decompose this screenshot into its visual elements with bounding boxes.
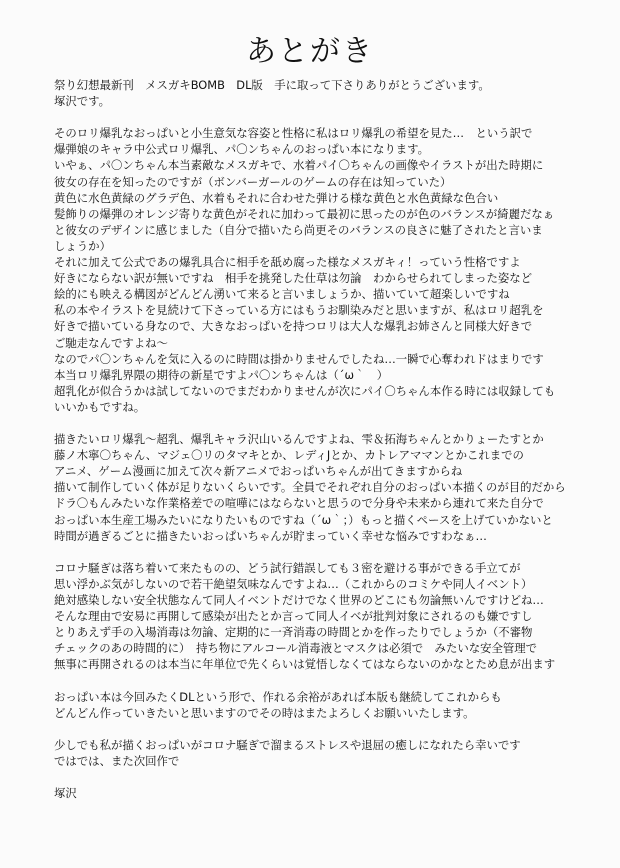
paragraph-gap: [54, 721, 614, 737]
text-line: ご馳走なんですよね～: [54, 335, 614, 351]
text-line: 髪飾りの爆弾のオレンジ寄りな黄色がそれに加わって最初に思ったのが色のバランスが綺…: [54, 206, 614, 222]
paragraph: おっぱい本は今回みたくDLという形で、作れる余裕があれば本版も継続してこれからも…: [54, 689, 614, 721]
text-line: 描いて制作していく体が足りないくらいです。全員でそれぞれ自分のおっぱい本描くのが…: [54, 479, 614, 495]
afterword-body: 祭り幻想最新刊 メスガキBOMB DL版 手に取って下さりありがとうございます。…: [54, 77, 614, 801]
text-line: なのでパ〇ンちゃんを気に入るのに時間は掛かりませんでしたね…一瞬で心奪われドはま…: [54, 351, 614, 367]
text-line: 好きで描いている身なので、大きなおっぱいを持つロリは大人な爆乳お姉さんと同様大好…: [54, 318, 614, 334]
text-line: 好きにならない訳が無いですね 相手を挑発した仕草は勿論 わからせられてしまった姿…: [54, 270, 614, 286]
text-line: 爆弾娘のキャラ中公式ロリ爆乳、パ〇ンちゃんのおっぱい本になります。: [54, 141, 614, 157]
text-line: 塚沢: [54, 785, 614, 801]
paragraph-gap: [54, 415, 614, 431]
text-line: それに加えて公式であの爆乳具合に相手を舐め腐った様なメスガキィ！っていう性格です…: [54, 254, 614, 270]
text-line: 絶対感染しない安全状態なんて同人イベントだけでなく世界のどこにも勿論無いんですけ…: [54, 592, 614, 608]
text-line: いいかもですね。: [54, 399, 614, 415]
paragraph: 塚沢: [54, 785, 614, 801]
text-line: アニメ、ゲーム漫画に加えて次々新アニメでおっぱいちゃんが出てきますからね: [54, 463, 614, 479]
paragraph: 祭り幻想最新刊 メスガキBOMB DL版 手に取って下さりありがとうございます。…: [54, 77, 614, 109]
text-line: 私の本やイラストを見続けて下さっている方にはもうお馴染みだと思いますが、私はロリ…: [54, 302, 614, 318]
text-line: チェックのあの時間的に） 持ち物にアルコール消毒液とマスクは必須で みたいな安全…: [54, 640, 614, 656]
text-line: どんどん作っていきたいと思いますのでその時はまたよろしくお願いいたします。: [54, 705, 614, 721]
text-line: 彼女の存在を知ったのですが（ボンバーガールのゲームの存在は知っていた）: [54, 174, 614, 190]
text-line: 藤ノ木寧〇ちゃん、マジェ〇リのタマキとか、レディJとか、カトレアママンとかこれま…: [54, 447, 614, 463]
text-line: 時間が過ぎるごとに描きたいおっぱいちゃんが貯まっていく幸せな悩みですわなぁ…: [54, 528, 614, 544]
text-line: 描きたいロリ爆乳～超乳、爆乳キャラ沢山いるんですよね、雫＆拓海ちゃんとかりょーた…: [54, 431, 614, 447]
text-line: コロナ騒ぎは落ち着いて来たものの、どう試行錯誤しても３密を避ける事ができる手立て…: [54, 560, 614, 576]
paragraph-gap: [54, 544, 614, 560]
text-line: そのロリ爆乳なおっぱいと小生意気な容姿と性格に私はロリ爆乳の希望を見た… という…: [54, 125, 614, 141]
text-line: 祭り幻想最新刊 メスガキBOMB DL版 手に取って下さりありがとうございます。: [54, 77, 614, 93]
text-line: 塚沢です。: [54, 93, 614, 109]
text-line: 少しでも私が描くおっぱいがコロナ騒ぎで溜まるストレスや退屈の癒しになれたら幸いで…: [54, 737, 614, 753]
page-title: あとがき: [0, 26, 620, 70]
paragraph: 少しでも私が描くおっぱいがコロナ騒ぎで溜まるストレスや退屈の癒しになれたら幸いで…: [54, 737, 614, 769]
text-line: ドラ〇もんみたいな作業格差での喧嘩にはならないと思うので分身や未来から連れて来た…: [54, 495, 614, 511]
text-line: 本当ロリ爆乳界隈の期待の新星ですよパ〇ンちゃんは（´ω｀ ）: [54, 367, 614, 383]
text-line: いやぁ、パ〇ンちゃん本当素敵なメスガキで、水着パイ〇ちゃんの画像やイラストが出た…: [54, 157, 614, 173]
text-line: そんな理由で安易に再開して感染が出たとか言って同人イベが批判対象にされるのも嫌で…: [54, 608, 614, 624]
text-line: おっぱい本生産工場みたいになりたいものですね（´ω｀；）もっと描くペースを上げて…: [54, 512, 614, 528]
text-line: 思い浮かぶ気がしないので若干絶望気味なんですよね…（これからのコミケや同人イベン…: [54, 576, 614, 592]
paragraph-gap: [54, 769, 614, 785]
paragraph: 描きたいロリ爆乳～超乳、爆乳キャラ沢山いるんですよね、雫＆拓海ちゃんとかりょーた…: [54, 431, 614, 544]
paragraph-gap: [54, 672, 614, 688]
text-line: 絵的にも映える構図がどんどん湧いて来ると言いましょうか、描いていて超楽しいですね: [54, 286, 614, 302]
text-line: しょうか）: [54, 238, 614, 254]
text-line: 無事に再開されるのは本当に年単位で先くらいは覚悟しなくてはならないのかなとため息…: [54, 656, 614, 672]
text-line: 超乳化が似合うかは試してないのでまだわかりませんが次にパイ〇ちゃん本作る時には収…: [54, 383, 614, 399]
paragraph: コロナ騒ぎは落ち着いて来たものの、どう試行錯誤しても３密を避ける事ができる手立て…: [54, 560, 614, 673]
afterword-page: あとがき 祭り幻想最新刊 メスガキBOMB DL版 手に取って下さりありがとうご…: [0, 0, 620, 868]
paragraph: そのロリ爆乳なおっぱいと小生意気な容姿と性格に私はロリ爆乳の希望を見た… という…: [54, 125, 614, 415]
text-line: 黄色に水色黄緑のグラデ色、水着もそれに合わせた弾ける様な黄色と水色黄緑な色合い: [54, 190, 614, 206]
text-line: とりあえず手の入場消毒は勿論、定期的に一斉消毒の時間とかを作ったりでしょうか（不…: [54, 624, 614, 640]
paragraph-gap: [54, 109, 614, 125]
text-line: おっぱい本は今回みたくDLという形で、作れる余裕があれば本版も継続してこれからも: [54, 689, 614, 705]
text-line: と彼女のデザインに感じました（自分で描いたら尚更そのバランスの良さに魅了されたと…: [54, 222, 614, 238]
text-line: ではでは、また次回作で: [54, 753, 614, 769]
